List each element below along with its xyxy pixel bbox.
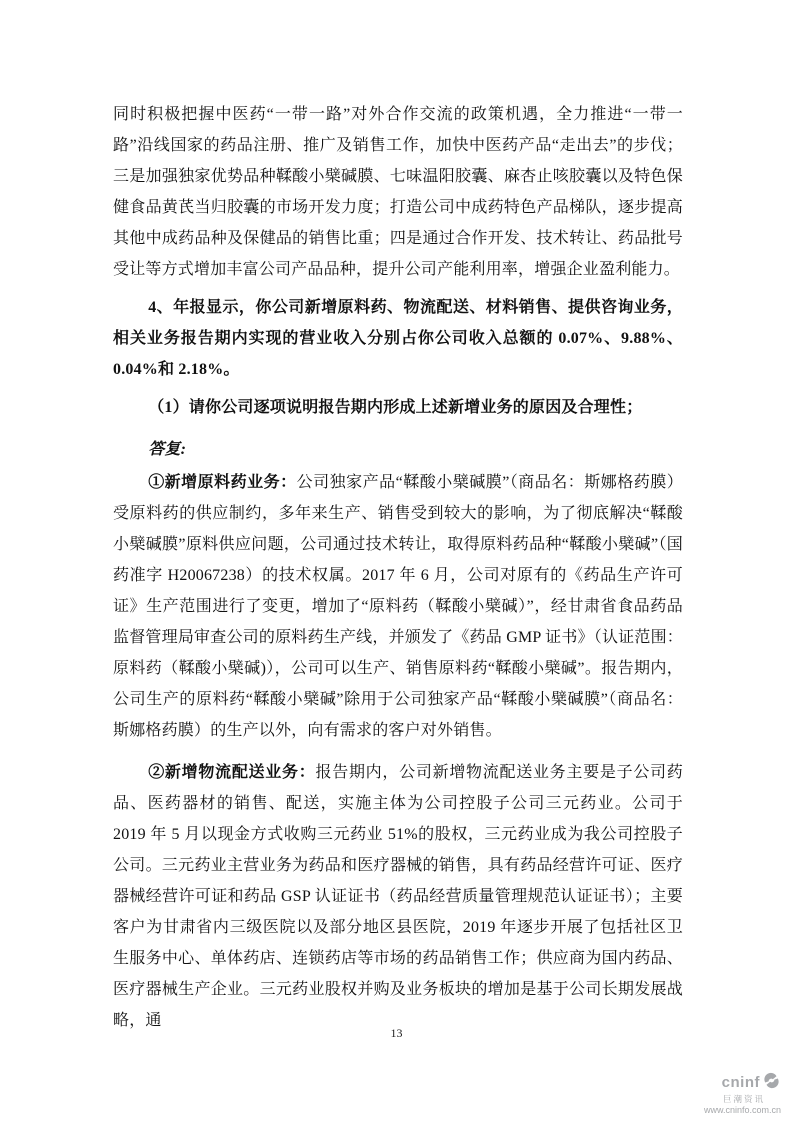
document-body: 同时积极把握中医药“一带一路”对外合作交流的政策机遇，全力推进“一带一路”沿线国… <box>113 99 683 1043</box>
paragraph-answer-2: ②新增物流配送业务：报告期内，公司新增物流配送业务主要是子公司药品、医药器材的销… <box>113 757 683 1036</box>
paragraph-question-4: 4、年报显示，你公司新增原料药、物流配送、材料销售、提供咨询业务，相关业务报告期… <box>113 292 683 385</box>
paragraph-continuation: 同时积极把握中医药“一带一路”对外合作交流的政策机遇，全力推进“一带一路”沿线国… <box>113 99 683 285</box>
paragraph-sub-question-1: （1）请你公司逐项说明报告期内形成上述新增业务的原因及合理性； <box>113 392 683 423</box>
cninfo-logo-url: www.cninfo.com.cn <box>704 1106 781 1116</box>
document-page: 同时积极把握中医药“一带一路”对外合作交流的政策机遇，全力推进“一带一路”沿线国… <box>0 0 793 1122</box>
answer-2-text: 报告期内，公司新增物流配送业务主要是子公司药品、医药器材的销售、配送，实施主体为… <box>113 764 683 1029</box>
reply-label: 答复: <box>113 434 683 465</box>
answer-1-heading: ①新增原料药业务： <box>148 474 296 491</box>
paragraph-answer-1: ①新增原料药业务：公司独家产品“鞣酸小檗碱膜”（商品名：斯娜格药膜）受原料药的供… <box>113 467 683 746</box>
page-number: 13 <box>0 1026 793 1041</box>
answer-1-text: 公司独家产品“鞣酸小檗碱膜”（商品名：斯娜格药膜）受原料药的供应制约，多年来生产… <box>113 474 683 739</box>
cninfo-swirl-icon <box>762 1072 781 1094</box>
cninfo-logo-chinese-name: 巨潮资讯 <box>704 1095 765 1104</box>
answer-2-heading: ②新增物流配送业务： <box>148 764 315 781</box>
cninfo-logo-text: cninf <box>722 1075 760 1092</box>
cninfo-logo: cninf 巨潮资讯 www.cninfo.com.cn <box>704 1072 781 1116</box>
